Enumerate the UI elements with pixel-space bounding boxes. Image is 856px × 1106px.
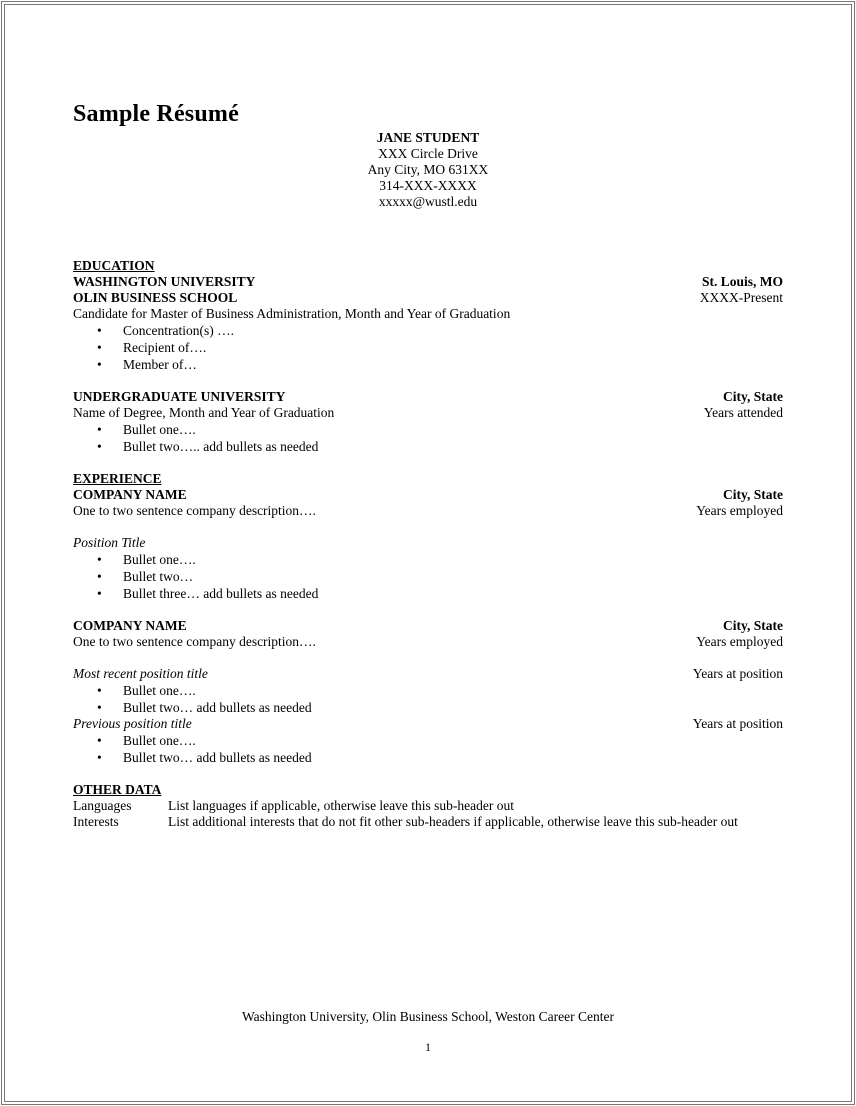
bullet-icon: • [97,357,102,373]
school1-location: St. Louis, MO [702,274,783,290]
other-label: Languages [73,798,131,814]
company2-position2-dates: Years at position [693,716,783,732]
company2-description: One to two sentence company description…… [73,634,316,650]
bullet-text: Bullet two… add bullets as needed [123,700,312,716]
school2-degree-row: Name of Degree, Month and Year of Gradua… [73,405,783,421]
page-footer: Washington University, Olin Business Sch… [0,1009,856,1025]
company2-position2-row: Previous position title Years at positio… [73,716,783,732]
document-title: Sample Résumé [73,101,239,128]
company2-desc-row: One to two sentence company description…… [73,634,783,650]
other-label: Interests [73,814,119,830]
bullet-icon: • [97,586,102,602]
company2-name: COMPANY NAME [73,618,187,634]
contact-name: JANE STUDENT [0,130,856,146]
school2-degree: Name of Degree, Month and Year of Gradua… [73,405,334,421]
experience-heading: EXPERIENCE [73,471,162,487]
school1-degree: Candidate for Master of Business Adminis… [73,306,510,322]
bullet-text: Bullet one…. [123,422,196,438]
school1-subname: OLIN BUSINESS SCHOOL [73,290,237,306]
bullet-text: Concentration(s) …. [123,323,234,339]
company1-dates: Years employed [696,503,783,519]
bullet-icon: • [97,323,102,339]
bullet-text: Bullet two….. add bullets as needed [123,439,318,455]
school1-subrow: OLIN BUSINESS SCHOOL XXXX-Present [73,290,783,306]
school2-row: UNDERGRADUATE UNIVERSITY City, State [73,389,783,405]
company2-position1-title: Most recent position title [73,666,208,682]
other-value: List languages if applicable, otherwise … [168,798,514,814]
school1-row: WASHINGTON UNIVERSITY St. Louis, MO [73,274,783,290]
other-heading: OTHER DATA [73,782,161,798]
school1-name: WASHINGTON UNIVERSITY [73,274,255,290]
company2-position1-dates: Years at position [693,666,783,682]
resume-page: Sample Résumé JANE STUDENT XXX Circle Dr… [0,0,856,1106]
contact-email: xxxxx@wustl.edu [0,194,856,210]
bullet-text: Bullet one…. [123,733,196,749]
bullet-icon: • [97,683,102,699]
company1-name: COMPANY NAME [73,487,187,503]
company1-position-title: Position Title [73,535,145,551]
contact-phone: 314-XXX-XXXX [0,178,856,194]
bullet-icon: • [97,569,102,585]
bullet-text: Bullet one…. [123,552,196,568]
bullet-text: Bullet one…. [123,683,196,699]
bullet-icon: • [97,552,102,568]
experience-heading-row: EXPERIENCE [73,471,783,487]
school1-dates: XXXX-Present [700,290,783,306]
school1-degree-row: Candidate for Master of Business Adminis… [73,306,783,322]
company2-location: City, State [723,618,783,634]
company1-location: City, State [723,487,783,503]
bullet-icon: • [97,439,102,455]
school2-dates: Years attended [704,405,783,421]
education-heading: EDUCATION [73,258,155,274]
bullet-icon: • [97,700,102,716]
contact-city: Any City, MO 631XX [0,162,856,178]
bullet-icon: • [97,340,102,356]
bullet-icon: • [97,733,102,749]
company1-position-row: Position Title [73,535,783,551]
contact-block: JANE STUDENT XXX Circle Drive Any City, … [0,130,856,210]
company1-description: One to two sentence company description…… [73,503,316,519]
school2-name: UNDERGRADUATE UNIVERSITY [73,389,285,405]
other-value: List additional interests that do not fi… [168,814,738,830]
page-number: 1 [0,1040,856,1055]
other-heading-row: OTHER DATA [73,782,783,798]
company2-dates: Years employed [696,634,783,650]
company1-desc-row: One to two sentence company description…… [73,503,783,519]
school2-location: City, State [723,389,783,405]
bullet-text: Bullet two… add bullets as needed [123,750,312,766]
bullet-text: Recipient of…. [123,340,206,356]
bullet-text: Bullet two… [123,569,193,585]
bullet-text: Member of… [123,357,197,373]
contact-address: XXX Circle Drive [0,146,856,162]
company2-position2-title: Previous position title [73,716,192,732]
bullet-icon: • [97,750,102,766]
company2-row: COMPANY NAME City, State [73,618,783,634]
company1-row: COMPANY NAME City, State [73,487,783,503]
bullet-icon: • [97,422,102,438]
company2-position1-row: Most recent position title Years at posi… [73,666,783,682]
education-heading-row: EDUCATION [73,258,783,274]
bullet-text: Bullet three… add bullets as needed [123,586,318,602]
